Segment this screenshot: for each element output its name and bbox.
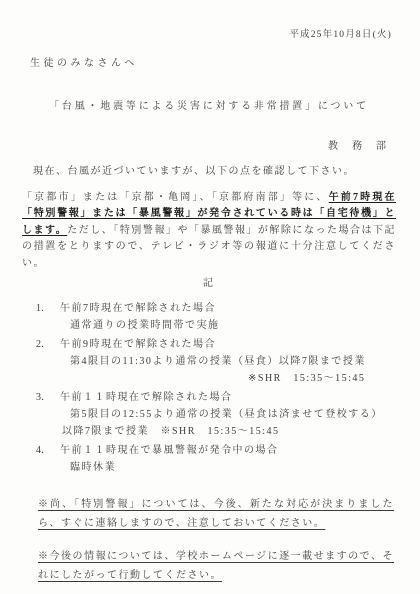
item-detail: 通常通りの授業時間帯で実施 xyxy=(70,317,396,334)
item-number: 3． xyxy=(36,389,60,406)
item-detail: 第5限目の12:55より通常の授業（昼食は済ませて登校する） xyxy=(70,406,396,423)
document-title: 「台風・地震等による災害に対する非常措置」について xyxy=(22,99,396,116)
item-shr-time: ※SHR 15:35～15:45 xyxy=(248,370,396,387)
body-text-normal-2: ただし、「特別警報」や「暴風警報」が解除になった場合は下記の措置をとりますので、… xyxy=(22,225,396,269)
item-heading-text: 午前１１時現在で解除された場合 xyxy=(60,392,233,403)
item-heading: 4．午前１１時現在で暴風警報が発令中の場合 xyxy=(36,442,396,459)
document-page: 平成25年10月8日(火) 生徒のみなさんへ 「台風・地震等による災害に対する非… xyxy=(0,0,420,594)
list-item-4: 4．午前１１時現在で暴風警報が発令中の場合 臨時休業 xyxy=(22,442,396,476)
list-item-3: 3．午前１１時現在で解除された場合 第5限目の12:55より通常の授業（昼食は済… xyxy=(22,389,396,440)
note-text: ※今後の情報については、学校ホームページに逐一載せますので、それにしたがって行動… xyxy=(38,551,394,582)
item-heading-text: 午前9時現在で解除された場合 xyxy=(60,339,216,350)
item-detail: 以降7限まで授業 ※SHR 15:35～15:45 xyxy=(62,423,396,440)
item-number: 2． xyxy=(36,336,60,353)
intro-line: 現在、台風が近づいていますが、以下の点を確認して下さい。 xyxy=(22,164,396,181)
body-text-normal-1: 「京都市」または「京都・亀岡」、「京都府南部」等に、 xyxy=(22,192,329,203)
item-detail: 臨時休業 xyxy=(70,459,396,476)
item-heading-text: 午前7時現在で解除された場合 xyxy=(60,303,216,314)
salutation: 生徒のみなさんへ xyxy=(30,56,396,73)
item-heading: 3．午前１１時現在で解除された場合 xyxy=(36,389,396,406)
document-date: 平成25年10月8日(火) xyxy=(22,27,396,44)
record-marker: 記 xyxy=(22,276,396,293)
item-detail: 第4限目の11:30より通常の授業（昼食）以降7限まで授業 xyxy=(70,353,396,370)
body-paragraph: 「京都市」または「京都・亀岡」、「京都府南部」等に、午前7時現在「特別警報」また… xyxy=(22,190,396,273)
note-homepage: ※今後の情報については、学校ホームページに逐一載せますので、それにしたがって行動… xyxy=(38,547,394,586)
item-number: 4． xyxy=(36,442,60,459)
item-number: 1． xyxy=(36,300,60,317)
list-item-1: 1．午前7時現在で解除された場合 通常通りの授業時間帯で実施 xyxy=(22,300,396,334)
note-text: ※尚、「特別警報」については、今後、新たな対応が決まりましたら、すぐに連絡します… xyxy=(38,499,394,530)
sender-department: 教 務 部 xyxy=(22,139,396,156)
item-heading: 1．午前7時現在で解除された場合 xyxy=(36,300,396,317)
list-item-2: 2．午前9時現在で解除された場合 第4限目の11:30より通常の授業（昼食）以降… xyxy=(22,336,396,387)
item-heading: 2．午前9時現在で解除された場合 xyxy=(36,336,396,353)
measure-list: 1．午前7時現在で解除された場合 通常通りの授業時間帯で実施 2．午前9時現在で… xyxy=(22,300,396,476)
item-heading-text: 午前１１時現在で暴風警報が発令中の場合 xyxy=(60,445,279,456)
note-special-warning: ※尚、「特別警報」については、今後、新たな対応が決まりましたら、すぐに連絡します… xyxy=(38,495,394,534)
